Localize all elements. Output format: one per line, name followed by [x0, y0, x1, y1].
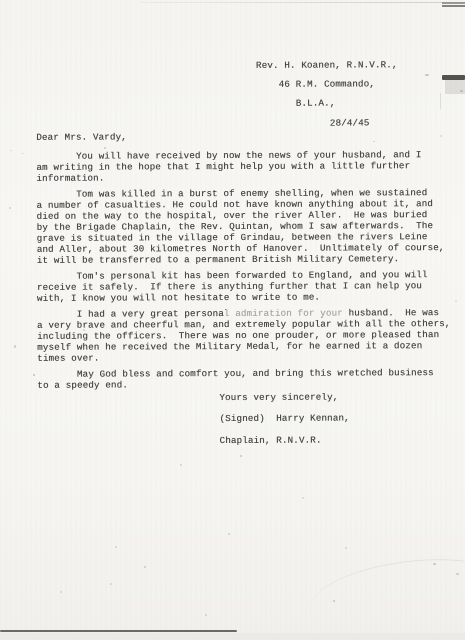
letter-paragraph: Tom's personal kit has been forwarded to…: [37, 269, 447, 304]
letter-line: times over.: [37, 351, 447, 364]
letter-line: with, I know you will not hesitate to wr…: [37, 291, 447, 304]
letter-paragraph: You will have received by now the news o…: [36, 149, 446, 184]
letter-paragraph: Tom was killed in a burst of enemy shell…: [36, 187, 446, 266]
letter-line: May God bless and comfort you, and bring…: [37, 367, 447, 380]
letter-line: am writing in the hope that I might help…: [36, 160, 446, 173]
letter-paragraph: I had a very great personal admiration f…: [37, 307, 447, 364]
letter-line: it will be transferred to a permanent Br…: [37, 253, 447, 266]
paragraphs-container: You will have received by now the news o…: [36, 149, 447, 391]
letter-line: Yours very sincerely,: [219, 386, 349, 408]
signature-block: Yours very sincerely,(Signed) Harry Kenn…: [219, 386, 350, 451]
letter-line: Rev. H. Koanen, R.N.V.R.,: [256, 55, 398, 75]
salutation: Dear Mrs. Vardy,: [36, 130, 446, 143]
letter-scan-page: Rev. H. Koanen, R.N.V.R., 46 R.M. Comman…: [0, 0, 465, 640]
letter-line: myself when he received the Military Med…: [37, 340, 447, 353]
letter-line: (Signed) Harry Kennan,: [219, 408, 349, 430]
letter-line: information.: [36, 171, 446, 184]
letter-body: Dear Mrs. Vardy, You will have received …: [36, 130, 447, 396]
letter-content: Rev. H. Koanen, R.N.V.R., 46 R.M. Comman…: [0, 0, 465, 640]
letter-line: B.L.A.,: [256, 94, 398, 114]
sender-address-block: Rev. H. Koanen, R.N.V.R., 46 R.M. Comman…: [256, 55, 398, 132]
letter-line: Chaplain, R.N.V.R.: [219, 429, 349, 451]
letter-line: receive it safely. If there is anything …: [37, 280, 447, 293]
letter-line: 46 R.M. Commando,: [256, 74, 398, 94]
